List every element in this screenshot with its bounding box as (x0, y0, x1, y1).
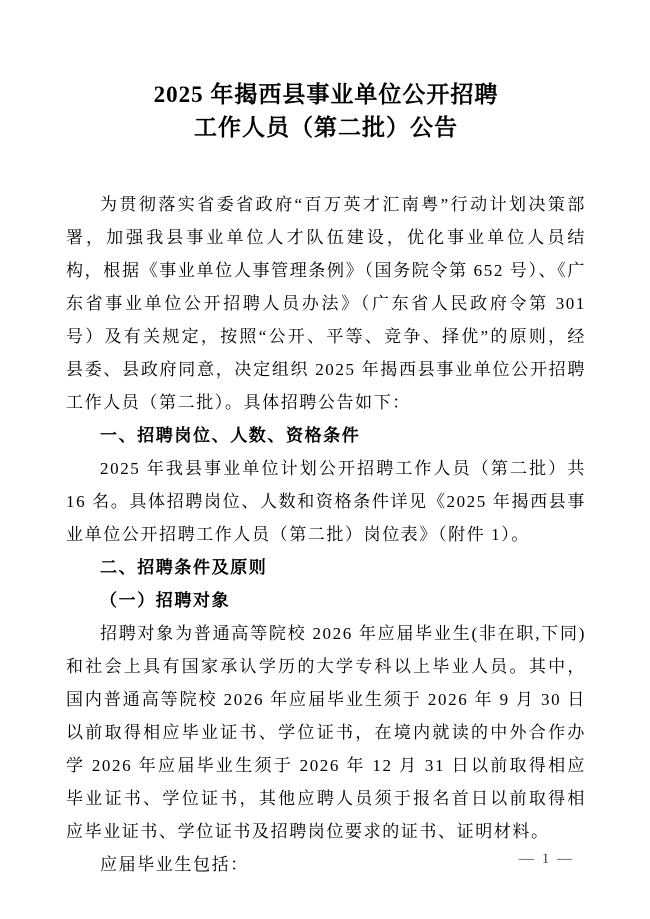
heading-section-1: 一、招聘岗位、人数、资格条件 (66, 419, 586, 452)
paragraph-positions-count: 2025 年我县事业单位计划公开招聘工作人员（第二批）共 16 名。具体招聘岗位… (66, 452, 586, 551)
document-title-line-1: 2025 年揭西县事业单位公开招聘 (66, 78, 586, 111)
document-page: 2025 年揭西县事业单位公开招聘 工作人员（第二批）公告 为贯彻落实省委省政府… (0, 0, 650, 919)
document-body: 为贯彻落实省委省政府“百万英才汇南粤”行动计划决策部署，加强我县事业单位人才队伍… (66, 188, 586, 881)
subheading-recruitment-target: （一）招聘对象 (66, 584, 586, 617)
paragraph-target-detail: 招聘对象为普通高等院校 2026 年应届毕业生(非在职,下同)和社会上具有国家承… (66, 617, 586, 848)
paragraph-intro: 为贯彻落实省委省政府“百万英才汇南粤”行动计划决策部署，加强我县事业单位人才队伍… (66, 188, 586, 419)
document-title-line-2: 工作人员（第二批）公告 (66, 111, 586, 144)
page-number: — 1 — (519, 851, 574, 868)
paragraph-graduates-include: 应届毕业生包括： (66, 848, 586, 881)
document-title: 2025 年揭西县事业单位公开招聘 工作人员（第二批）公告 (66, 78, 586, 144)
heading-section-2: 二、招聘条件及原则 (66, 551, 586, 584)
